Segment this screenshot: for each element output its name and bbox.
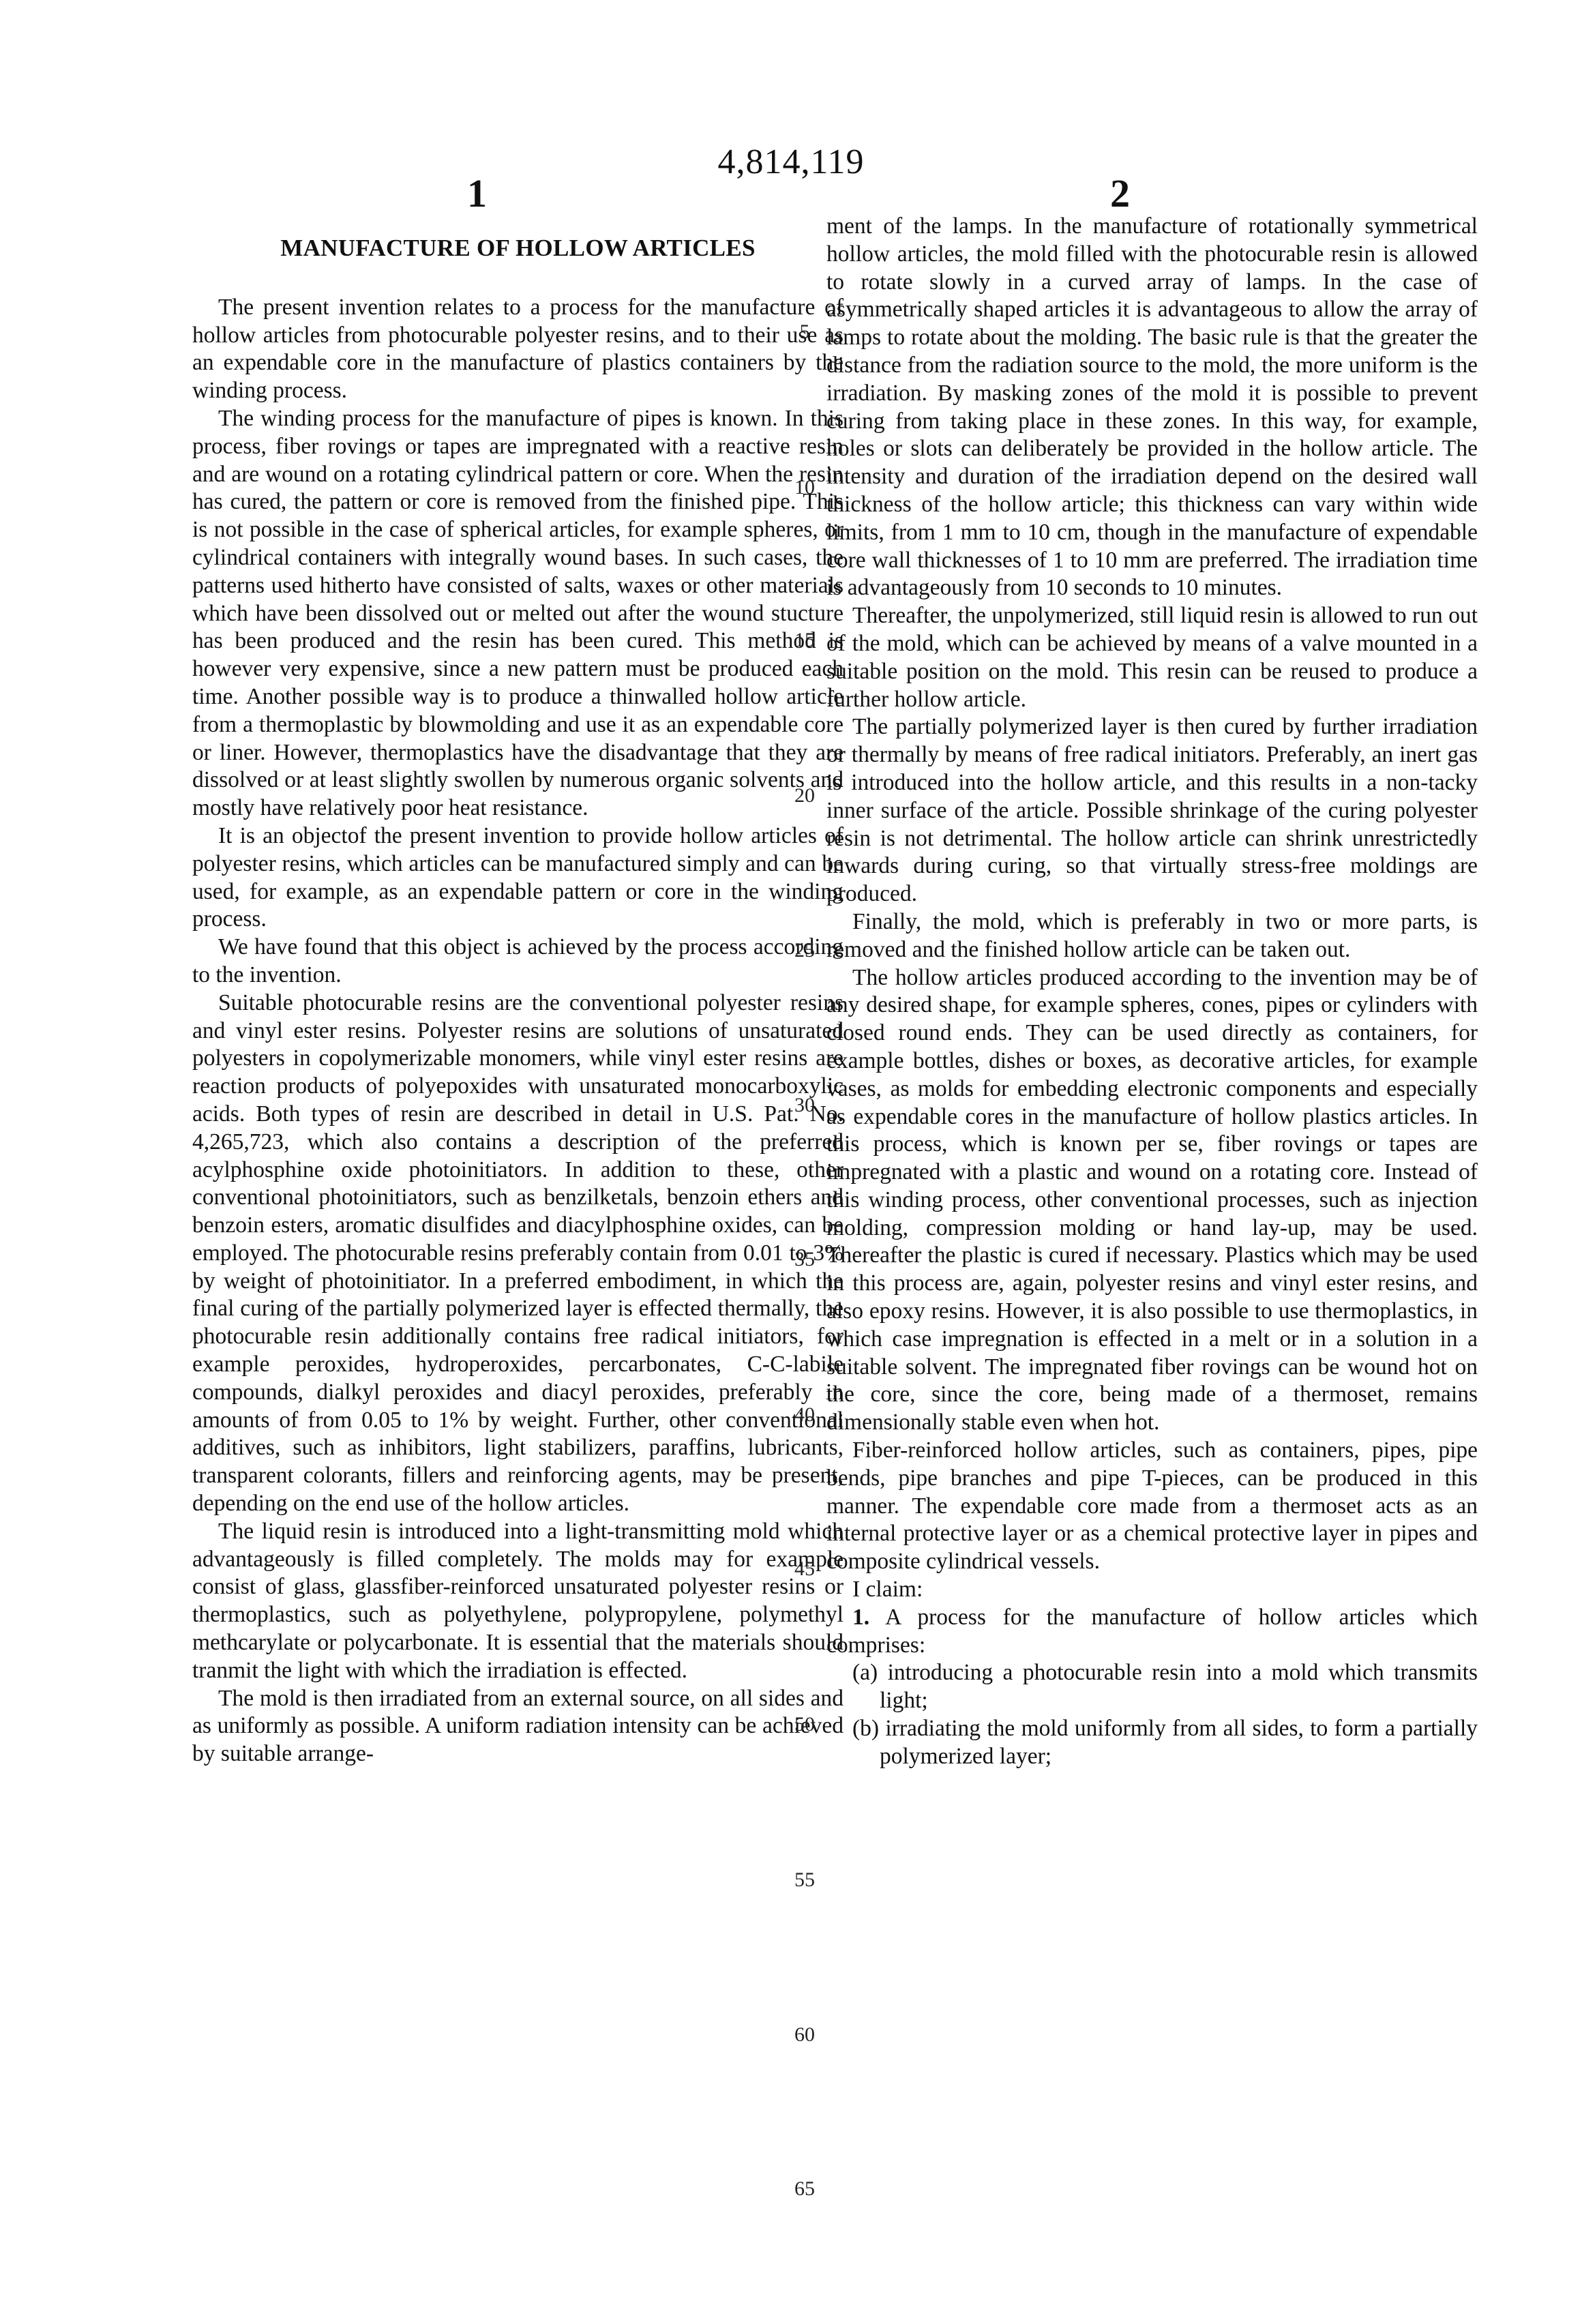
- paragraph: The present invention relates to a proce…: [192, 294, 844, 405]
- line-number-gutter: 5101520253035404550556065: [784, 0, 825, 2324]
- paragraph: Finally, the mold, which is preferably i…: [826, 908, 1478, 964]
- line-number: 15: [784, 629, 825, 652]
- column-number-right: 2: [1110, 170, 1130, 216]
- paragraph: The partially polymerized layer is then …: [826, 713, 1478, 908]
- claim-text: A process for the manufacture of hollow …: [826, 1605, 1478, 1658]
- claim-1: 1. A process for the manufacture of holl…: [826, 1604, 1478, 1660]
- column-number-left: 1: [467, 170, 487, 216]
- line-number: 5: [784, 321, 825, 344]
- line-number: 50: [784, 1713, 825, 1736]
- paragraph: The liquid resin is introduced into a li…: [192, 1518, 844, 1685]
- claim-number: 1.: [852, 1605, 869, 1630]
- line-number: 40: [784, 1403, 825, 1427]
- line-number: 30: [784, 1094, 825, 1117]
- line-number: 55: [784, 1868, 825, 1892]
- line-number: 60: [784, 2023, 825, 2046]
- paragraph: Fiber-reinforced hollow articles, such a…: [826, 1437, 1478, 1576]
- line-number: 25: [784, 939, 825, 962]
- document-title: MANUFACTURE OF HOLLOW ARTICLES: [192, 235, 844, 263]
- paragraph: We have found that this object is achiev…: [192, 934, 844, 989]
- paragraph: Thereafter, the unpolymerized, still liq…: [826, 602, 1478, 713]
- claims-intro: I claim:: [826, 1576, 1478, 1604]
- paragraph: The hollow articles produced according t…: [826, 964, 1478, 1437]
- line-number: 45: [784, 1558, 825, 1581]
- paragraph: It is an objectof the present invention …: [192, 822, 844, 934]
- claim-step: (a) introducing a photocurable resin int…: [852, 1659, 1478, 1715]
- line-number: 20: [784, 784, 825, 807]
- paragraph: The mold is then irradiated from an exte…: [192, 1685, 844, 1768]
- right-column: ment of the lamps. In the manufacture of…: [826, 213, 1478, 1771]
- line-number: 65: [784, 2177, 825, 2201]
- paragraph: The winding process for the manufacture …: [192, 405, 844, 822]
- paragraph: Suitable photocurable resins are the con…: [192, 989, 844, 1518]
- paragraph: ment of the lamps. In the manufacture of…: [826, 213, 1478, 602]
- claim-step: (b) irradiating the mold uniformly from …: [852, 1715, 1478, 1771]
- line-number: 10: [784, 476, 825, 499]
- line-number: 35: [784, 1248, 825, 1271]
- left-column: MANUFACTURE OF HOLLOW ARTICLES The prese…: [192, 217, 844, 1768]
